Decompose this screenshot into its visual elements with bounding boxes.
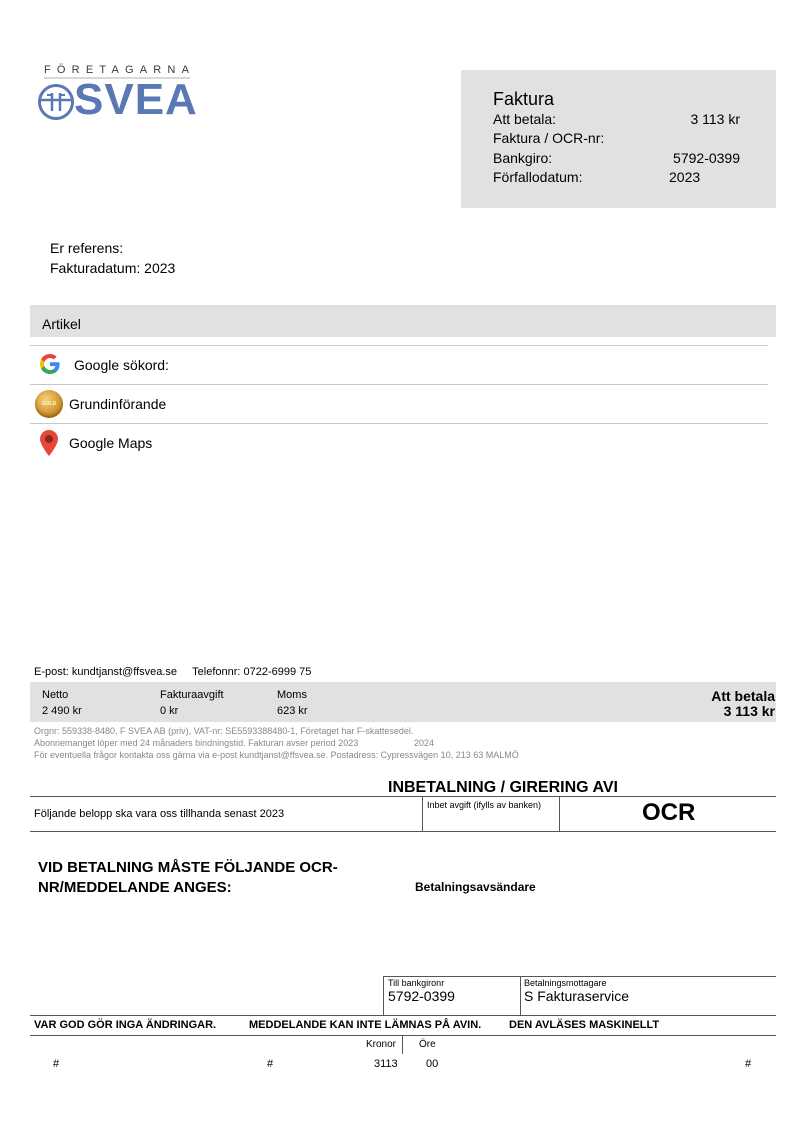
postal-info: För eventuella frågor kontakta oss gärna… <box>34 750 519 760</box>
article-item-google-maps: Google Maps <box>69 435 152 451</box>
divider <box>30 796 776 797</box>
giro-title: INBETALNING / GIRERING AVI <box>388 779 618 797</box>
invoice-title: Faktura <box>493 89 554 110</box>
divider <box>30 1035 776 1036</box>
divider <box>422 796 423 831</box>
contact-line: E-post: kundtjanst@ffsvea.se Telefonnr: … <box>34 666 311 678</box>
netto-value: 2 490 kr <box>42 705 82 717</box>
divider <box>383 976 384 1016</box>
logo-brand: SVEA <box>74 78 198 122</box>
divider <box>402 1035 403 1054</box>
ocr-instruction: VID BETALNING MÅSTE FÖLJANDE OCR-NR/MEDD… <box>38 858 368 898</box>
amount-due-label: Att betala: <box>493 111 556 127</box>
ocr-number-label: Faktura / OCR-nr: <box>493 130 604 146</box>
article-table-header <box>30 305 776 337</box>
due-date-value: 2023 <box>669 169 700 185</box>
amount-due-value: 3 113 kr <box>690 111 740 127</box>
reference-label: Er referens: <box>50 240 123 256</box>
bankgiro-value: 5792-0399 <box>673 150 740 166</box>
row-divider <box>30 384 768 385</box>
netto-label: Netto <box>42 689 68 701</box>
total-due-label: Att betala <box>711 688 775 704</box>
logo-emblem-icon <box>38 84 74 120</box>
bank-fee-label: Inbet avgift (ifylls av banken) <box>427 800 541 810</box>
recipient-value: S Fakturaservice <box>524 988 629 1004</box>
bankgiro-label: Bankgiro: <box>493 150 552 166</box>
notice-machine-read: DEN AVLÄSES MASKINELLT <box>509 1019 659 1031</box>
vat-value: 623 kr <box>277 705 308 717</box>
article-item-google-keywords: Google sökord: <box>74 357 169 373</box>
divider <box>383 976 776 977</box>
article-header-label: Artikel <box>42 316 81 332</box>
article-item-basic-setup: Grundinförande <box>69 396 166 412</box>
invoice-fee-label: Fakturaavgift <box>160 689 224 701</box>
divider <box>30 831 776 832</box>
row-divider <box>30 345 768 346</box>
ocr-label: OCR <box>642 799 695 827</box>
due-date-label: Förfallodatum: <box>493 169 582 185</box>
notice-no-message: MEDDELANDE KAN INTE LÄMNAS PÅ AVIN. <box>249 1019 481 1031</box>
subscription-info: Abonnemanget löper med 24 månaders bindn… <box>34 738 358 748</box>
totals-box <box>30 682 776 722</box>
google-g-icon <box>38 352 62 376</box>
bankgiro-to-value: 5792-0399 <box>388 988 455 1004</box>
contact-phone: Telefonnr: 0722-6999 75 <box>192 666 311 678</box>
kronor-value: 3113 <box>374 1058 398 1070</box>
due-text: Följande belopp ska vara oss tillhanda s… <box>34 808 284 820</box>
kronor-label: Kronor <box>366 1039 396 1050</box>
invoice-date: Fakturadatum: 2023 <box>50 260 175 276</box>
ocr-hash-end: # <box>745 1058 751 1070</box>
map-pin-icon <box>40 430 58 456</box>
recipient-label: Betalningsmottagare <box>524 978 607 988</box>
divider <box>520 976 521 1016</box>
divider <box>30 1015 776 1016</box>
bankgiro-to-label: Till bankgironr <box>388 978 444 988</box>
ocr-hash-mid: # <box>267 1058 273 1070</box>
company-info: Orgnr: 559338-8480, F SVEA AB (priv), VA… <box>34 726 413 736</box>
ore-label: Öre <box>419 1039 436 1050</box>
ore-value: 00 <box>426 1058 438 1070</box>
invoice-fee-value: 0 kr <box>160 705 178 717</box>
ocr-hash-start: # <box>53 1058 59 1070</box>
total-due-value: 3 113 kr <box>724 703 775 719</box>
notice-no-changes: VAR GOD GÖR INGA ÄNDRINGAR. <box>34 1019 216 1031</box>
row-divider <box>30 423 768 424</box>
vat-label: Moms <box>277 689 307 701</box>
gold-medal-icon: GOLD <box>35 390 63 418</box>
payment-sender-label: Betalningsavsändare <box>415 880 536 894</box>
contact-email: E-post: kundtjanst@ffsvea.se <box>34 666 177 678</box>
period-end: 2024 <box>414 738 434 748</box>
divider <box>559 796 560 831</box>
